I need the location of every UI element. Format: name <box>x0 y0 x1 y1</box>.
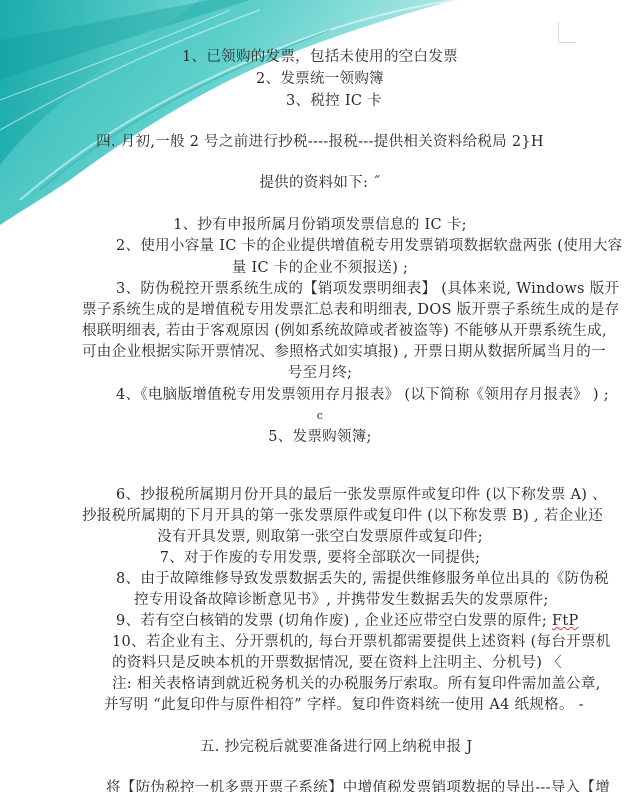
paragraph: 提供的资料如下: ˝ <box>0 173 640 193</box>
section-heading: 五. 抄完税后就要准备进行网上纳税申报 J <box>200 737 472 757</box>
list-item-cont: 量 IC 卡的企业不须报送) ; <box>0 258 640 278</box>
list-item-cont: 根联明细表, 若由于客观原因 (例如系统故障或者被盗等) 不能够从开票系统生成, <box>82 321 607 341</box>
list-item: 1、已领购的发票，包括未使用的空白发票 <box>0 47 640 67</box>
list-item: 10、若企业有主、分开票机的, 每台开票机都需要提供上述资料 (每台开票机 <box>112 632 611 652</box>
paragraph: 将【防伪税控一机多票开票子系统】中增值税发票销项数据的导出---导入【增 <box>106 778 610 792</box>
list-item: 2、发票统一领购簿 <box>0 69 640 89</box>
list-item: 4、《电脑版增值税专用发票领用存月报表》 (以下简称《领用存月报表》 ) ; <box>116 385 609 405</box>
list-item: 7、对于作废的专用发票, 要将全部联次一同提供; <box>0 548 640 568</box>
list-item-cont: 可由企业根据实际开票情况、参照格式如实填报) , 开票日期从数据所属当月的一 <box>82 342 606 362</box>
section-heading: 四. 月初,一般 2 号之前进行抄税----报税---提供相关资料给税局 2}H <box>0 132 640 152</box>
list-item-cont: 号至月终; <box>0 363 640 383</box>
list-item-cont: 没有开具发票, 则取第一张空白发票原件或复印件; <box>0 527 640 547</box>
list-item: 9、若有空白核销的发票 (切角作废) , 企业还应带空白发票的原件; FtP <box>116 611 579 631</box>
page-corner-mark <box>558 22 575 43</box>
list-item: 6、抄报税所属期月份开具的最后一张发票原件或复印件 (以下称发票 A) 、 <box>116 485 607 505</box>
list-item-cont: 票子系统生成的是增值税专用发票汇总表和明细表, DOS 版开票子系统生成的是存 <box>82 300 619 320</box>
list-item: 1、抄有申报所属月份销项发票信息的 IC 卡; <box>0 215 640 235</box>
note-cont: 并写明 “此复印件与原件相符” 字样。复印件资料统一使用 A4 纸规格。 - <box>104 695 584 715</box>
list-item: 2、使用小容量 IC 卡的企业提供增值税专用发票销项数据软盘两张 (使用大容 <box>116 236 622 256</box>
list-item: 5、发票购领簿; <box>0 427 640 447</box>
note: 注: 相关表格请到就近税务机关的办税服务厅索取。所有复印件需加盖公章, <box>112 674 601 694</box>
list-item: 3、防伪税控开票系统生成的【销项发票明细表】 (具体来说, Windows 版开 <box>116 279 619 299</box>
list-item-cont: 抄报税所属期的下月开具的第一张发票原件或复印件 (以下称发票 B) , 若企业还 <box>82 506 603 526</box>
item9-text: 9、若有空白核销的发票 (切角作废) , 企业还应带空白发票的原件; <box>116 613 552 629</box>
spellcheck-mark: FtP <box>552 613 579 629</box>
list-item: 8、由于故障维修导致发票数据丢失的, 需提供维修服务单位出具的《防伪税 <box>116 569 609 589</box>
list-item-cont: 控专用设备故障诊断意见书》, 并携带发生数据丢失的发票原件; <box>134 590 549 610</box>
list-item-cont: 的资料只是反映本机的开票数据情况, 要在资料上注明主、分机号) 〈 <box>112 653 562 673</box>
stray-char: c <box>0 406 640 426</box>
list-item: 3、税控 IC 卡 <box>14 91 640 111</box>
